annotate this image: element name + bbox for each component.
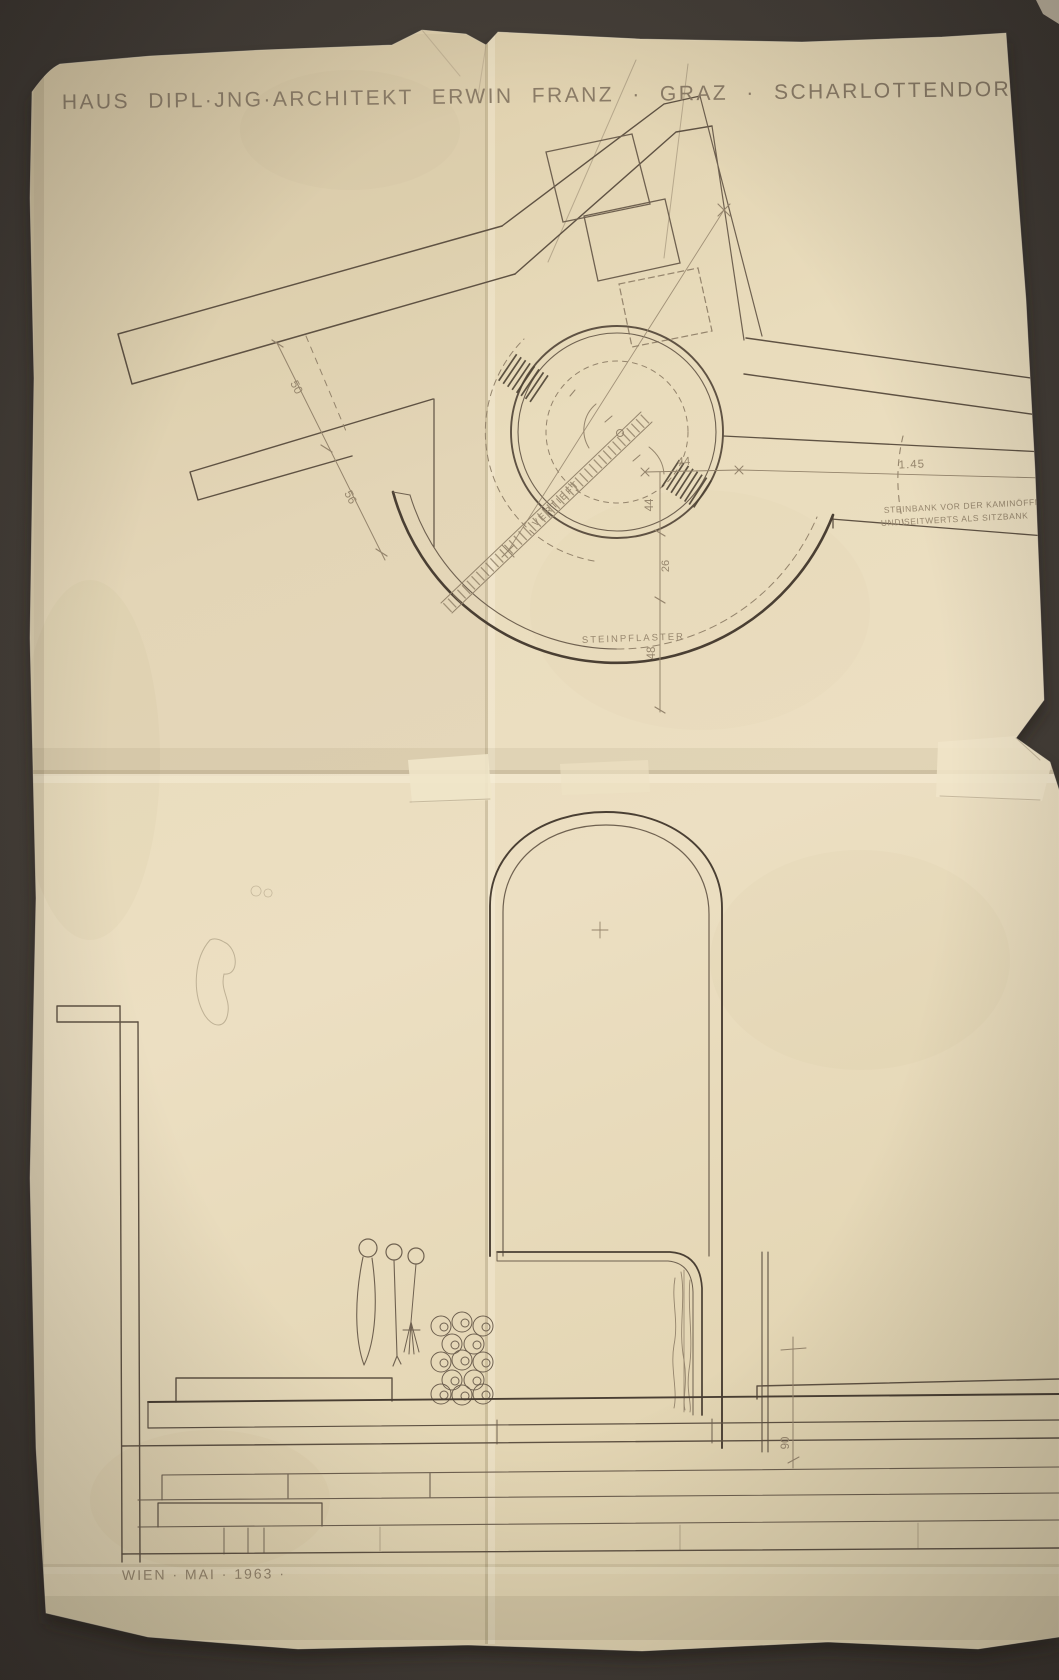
drawing-photo: HAUS DIPL·JNG·ARCHITEKT ERWIN FRANZ · GR… bbox=[0, 0, 1059, 1680]
photo-vignette bbox=[0, 0, 1059, 1680]
photo-scene: HAUS DIPL·JNG·ARCHITEKT ERWIN FRANZ · GR… bbox=[0, 0, 1059, 1680]
